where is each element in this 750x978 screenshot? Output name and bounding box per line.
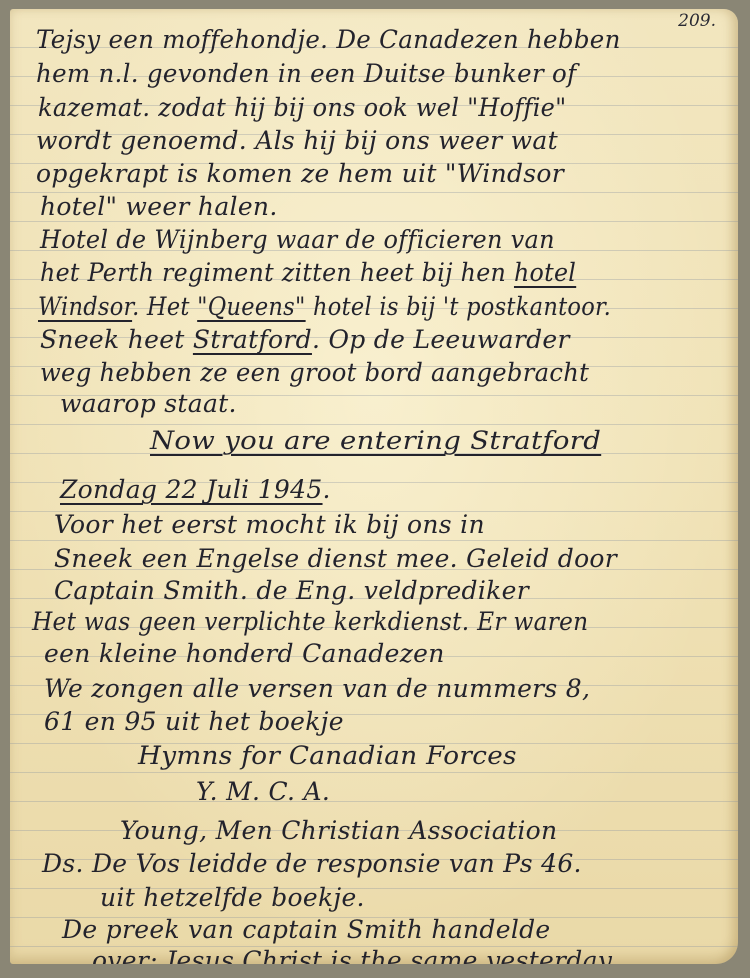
ruled-line — [10, 801, 738, 802]
text-line: Young, Men Christian Association — [120, 816, 557, 846]
text-line: We zongen alle versen van de nummers 8, — [44, 674, 590, 704]
diary-page: 209. Tejsy een moffehondje. De Canadezen… — [10, 9, 738, 964]
ruled-line — [10, 424, 738, 425]
text-line: Het was geen verplichte kerkdienst. Er w… — [32, 607, 588, 637]
text-line: De preek van captain Smith handelde — [62, 915, 551, 945]
text-line: Captain Smith. de Eng. veldprediker — [54, 576, 529, 606]
text-line: wordt genoemd. Als hij bij ons weer wat — [36, 126, 558, 156]
text-line: Tejsy een moffehondje. De Canadezen hebb… — [36, 25, 621, 55]
text-line: opgekrapt is komen ze hem uit "Windsor — [36, 159, 564, 189]
text-line: het Perth regiment zitten heet bij hen h… — [40, 258, 576, 288]
ruled-line — [10, 540, 738, 541]
line-text: het Perth regiment zitten heet bij hen — [40, 258, 514, 287]
text-line: Hotel de Wijnberg waar de officieren van — [40, 225, 555, 255]
date-heading: Zondag 22 Juli 1945. — [60, 475, 331, 505]
text-line: Ds. De Vos leidde de responsie van Ps 46… — [42, 849, 582, 879]
text-line: een kleine honderd Canadezen — [44, 639, 445, 669]
text-line: Y. M. C. A. — [196, 777, 330, 807]
line-text: Sneek heet — [40, 325, 193, 354]
ruled-line — [10, 772, 738, 773]
underlined-text: Windsor — [38, 292, 132, 321]
text-line: uit hetzelfde boekje. — [100, 883, 365, 913]
underlined-text: hotel — [514, 258, 576, 287]
text-line: 61 en 95 uit het boekje — [44, 707, 344, 737]
text-line: Sneek een Engelse dienst mee. Geleid doo… — [54, 544, 617, 574]
text-line: hem n.l. gevonden in een Duitse bunker o… — [36, 59, 576, 89]
underlined-text: Now you are entering Stratford — [150, 426, 601, 455]
line-text: . Op de Leeuwarder — [312, 325, 570, 354]
text-line: weg hebben ze een groot bord aangebracht — [40, 358, 589, 388]
book-title: Hymns for Canadian Forces — [138, 741, 517, 771]
text-line: hotel" weer halen. — [40, 192, 278, 222]
page-number: 209. — [678, 11, 716, 31]
underlined-text: "Queens" — [197, 292, 305, 321]
text-line: Windsor. Het "Queens" hotel is bij 't po… — [38, 292, 611, 322]
underlined-text: Jesus Christ is the same yesterday — [166, 946, 612, 964]
text-line: Voor het eerst mocht ik bij ons in — [54, 510, 485, 540]
text-line: over: Jesus Christ is the same yesterday — [92, 946, 612, 964]
text-line: Now you are entering Stratford — [150, 426, 601, 456]
line-text: hotel is bij 't postkantoor. — [306, 292, 611, 321]
underlined-text: Stratford — [193, 325, 312, 354]
text-line: Sneek heet Stratford. Op de Leeuwarder — [40, 325, 570, 355]
text-line: waarop staat. — [60, 389, 237, 419]
underlined-text: Zondag 22 Juli 1945 — [60, 475, 323, 504]
text-line: kazemat. zodat hij bij ons ook wel "Hoff… — [38, 93, 566, 123]
line-text: . — [323, 475, 331, 504]
line-text: over: — [92, 946, 166, 964]
line-text: . Het — [132, 292, 197, 321]
